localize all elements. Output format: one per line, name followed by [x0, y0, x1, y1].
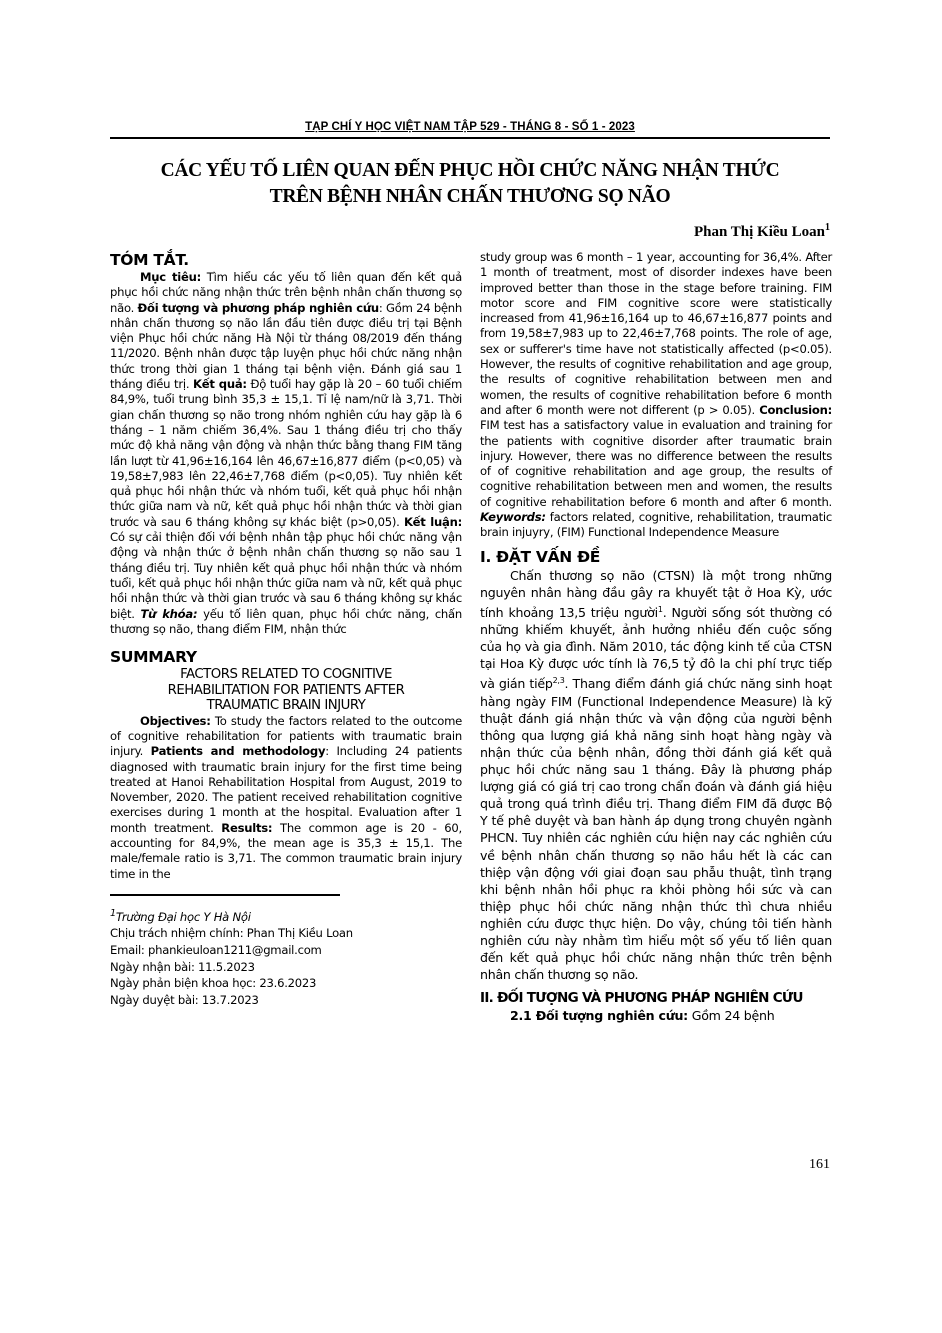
- article-title: CÁC YẾU TỐ LIÊN QUAN ĐẾN PHỤC HỒI CHỨC N…: [110, 158, 830, 210]
- results-text: Độ tuổi hay gặp là 20 – 60 tuổi chiếm 84…: [110, 377, 462, 529]
- author-affiliation-mark: 1: [825, 222, 830, 233]
- objectives-label: Objectives:: [140, 714, 211, 728]
- header-rule: [110, 137, 830, 139]
- running-header: TẠP CHÍ Y HỌC VIỆT NAM TẬP 529 - THÁNG 8…: [110, 121, 830, 133]
- journal-page: TẠP CHÍ Y HỌC VIỆT NAM TẬP 529 - THÁNG 8…: [0, 0, 942, 1333]
- results-en-text-continued: study group was 6 month – 1 year, accoun…: [480, 250, 832, 417]
- abstract-vi-heading: TÓM TẮT.: [110, 250, 462, 270]
- section-1-body: Chấn thương sọ não (CTSN) là một trong n…: [480, 567, 832, 984]
- citation-2-3: 2,3: [553, 676, 565, 685]
- conclusion-label: Kết luận:: [404, 515, 462, 529]
- page-number: 161: [809, 1157, 830, 1173]
- footnote-approved: Ngày duyệt bài: 13.7.2023: [110, 992, 462, 1009]
- footnotes: 1Trường Đại học Y Hà Nội Chịu trách nhiệ…: [110, 906, 462, 1008]
- left-column: TÓM TẮT. Mục tiêu: Tìm hiểu các yếu tố l…: [110, 250, 462, 1008]
- abstract-vi-body: Mục tiêu: Tìm hiểu các yếu tố liên quan …: [110, 270, 462, 637]
- footnote-responsible: Chịu trách nhiệm chính: Phan Thị Kiều Lo…: [110, 925, 462, 942]
- summary-body-part-1: Objectives: To study the factors related…: [110, 714, 462, 882]
- footnote-rule: [110, 894, 340, 896]
- methods-label: Đối tượng và phương pháp nghiên cứu: [138, 301, 379, 315]
- section-2-1-label: 2.1 Đối tượng nghiên cứu:: [510, 1008, 688, 1023]
- conclusion-en-text: FIM test has a satisfactory value in eva…: [480, 418, 832, 508]
- summary-heading: SUMMARY: [110, 647, 462, 667]
- section-2-1: 2.1 Đối tượng nghiên cứu: Gồm 24 bệnh: [480, 1007, 832, 1024]
- article-title-line-1: CÁC YẾU TỐ LIÊN QUAN ĐẾN PHỤC HỒI CHỨC N…: [110, 158, 830, 184]
- footnote-email: Email: phankieuloan1211@gmail.com: [110, 942, 462, 959]
- footnote-affiliation-text: Trường Đại học Y Hà Nội: [116, 910, 251, 924]
- footnote-affiliation: 1Trường Đại học Y Hà Nội: [110, 906, 462, 925]
- keywords-en-label: Keywords:: [480, 510, 546, 524]
- results-label: Kết quả:: [193, 377, 247, 391]
- results-en-label: Results:: [221, 821, 272, 835]
- objective-label: Mục tiêu:: [140, 270, 201, 284]
- footnote-reviewed: Ngày phản biện khoa học: 23.6.2023: [110, 975, 462, 992]
- section-1-text-c: . Thang điểm đánh giá chức năng sinh hoạ…: [480, 677, 832, 983]
- summary-title-line-1: FACTORS RELATED TO COGNITIVE: [110, 667, 462, 683]
- footnote-received: Ngày nhận bài: 11.5.2023: [110, 959, 462, 976]
- section-2-heading: II. ĐỐI TƯỢNG VÀ PHƯƠNG PHÁP NGHIÊN CỨU: [480, 989, 832, 1007]
- summary-title: FACTORS RELATED TO COGNITIVE REHABILITAT…: [110, 667, 462, 714]
- patients-methods-label: Patients and methodology: [151, 744, 326, 758]
- summary-body-part-2: study group was 6 month – 1 year, accoun…: [480, 250, 832, 541]
- article-title-line-2: TRÊN BỆNH NHÂN CHẤN THƯƠNG SỌ NÃO: [110, 184, 830, 210]
- author-byline: Phan Thị Kiều Loan1: [694, 222, 830, 241]
- keywords-label: Từ khóa:: [140, 607, 197, 621]
- summary-title-line-2: REHABILITATION FOR PATIENTS AFTER: [110, 683, 462, 699]
- conclusion-en-label: Conclusion:: [759, 403, 832, 417]
- summary-title-line-3: TRAUMATIC BRAIN INJURY: [110, 698, 462, 714]
- author-name: Phan Thị Kiều Loan: [694, 224, 825, 240]
- section-1-heading: I. ĐẶT VẤN ĐỀ: [480, 547, 832, 567]
- section-2-1-text: Gồm 24 bệnh: [688, 1008, 774, 1023]
- right-column: study group was 6 month – 1 year, accoun…: [480, 250, 832, 1024]
